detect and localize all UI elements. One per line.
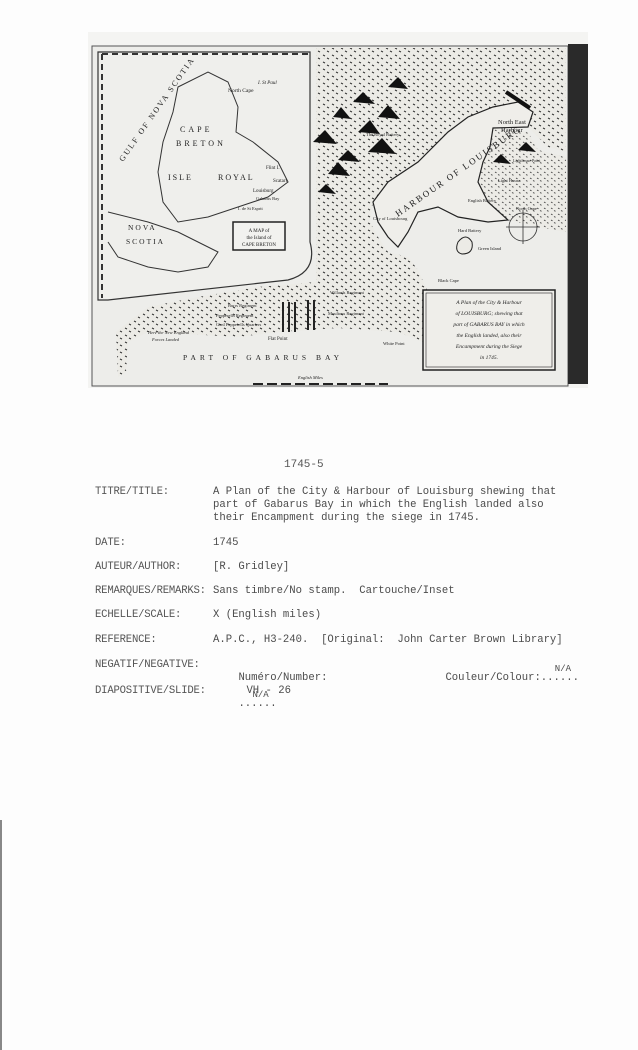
gabarus-bay-label: PART OF GABARUS BAY [183, 353, 343, 362]
burrs-regiment-label: Burrs Regiment [228, 303, 257, 308]
forces-landed-label: Forces Landed [151, 337, 180, 342]
white-point-label: White Point [383, 341, 405, 346]
north-cape-label: North Cape [516, 206, 537, 211]
field-label: REFERENCE: [95, 634, 157, 647]
moultons-regiment-label: Moultons Regiment [328, 311, 365, 316]
willards-regiment-label: Willards Regiment [330, 290, 365, 295]
black-cape-label: Black Cape [438, 278, 459, 283]
slide-value-field: N/A...... [213, 685, 277, 724]
lighthouse-point-label: Lighthouse Point [513, 158, 541, 163]
inset-louisburg-label: Louisburg [253, 189, 274, 194]
inset-cartouche-line-1: A MAP of [249, 229, 270, 234]
field-label: AUTEUR/AUTHOR: [95, 561, 181, 574]
royal-battery-label: The Royal Battery [366, 132, 400, 137]
field-value: X (English miles) [213, 609, 321, 622]
cartouche-line-1: A Plan of the City & Harbour [455, 299, 522, 306]
colour-value-field: N/A...... [541, 672, 579, 685]
map-illustration: GULF OF NOVA SCOTIA CAPE BRETON ISLE ROY… [88, 32, 588, 388]
slide-value-wrap: N/A...... [238, 698, 276, 711]
field-label: DIAPOSITIVE/SLIDE: [95, 685, 206, 698]
inset-flint-label: Flint I. [266, 166, 280, 171]
field-label: TITRE/TITLE: [95, 486, 169, 499]
inset-cartouche-line-3: CAPE BRETON [242, 243, 276, 248]
new-england-label: Here the New England [147, 330, 190, 335]
inset-north-cape-label: North Cape [228, 88, 254, 94]
negative-colour: Couleur/Colour:N/A...... [420, 659, 579, 698]
pepperells-quarters-label: Genl Pepperells Quarters [216, 322, 261, 327]
field-value: A.P.C., H3-240. [Original: John Carter B… [213, 634, 563, 647]
cartouche-line-4: the English landed, also their [457, 333, 523, 339]
scan-edge [0, 820, 2, 1050]
pepperells-regiment-label: Pepperells Regiment [216, 313, 254, 318]
inset-st-esprit-label: I. de St Esprit [238, 206, 263, 211]
inset-gabarus-label: Gabarus Bay [256, 196, 280, 201]
field-label: ECHELLE/SCALE: [95, 609, 181, 622]
cartouche-line-5: Encampment during the Siege [455, 344, 523, 350]
field-label: REMARQUES/REMARKS: [95, 585, 206, 598]
flat-point-label: Flat Point [268, 337, 288, 342]
hard-battery-label: Hard Battery [458, 228, 482, 233]
inset-scotia-label: SCOTIA [126, 237, 165, 246]
english-miles-label: English Miles [297, 375, 323, 380]
cartouche-line-3: part of GABARUS BAY in which [452, 321, 525, 328]
field-value: Sans timbre/No stamp. Cartouche/Inset [213, 585, 455, 598]
map-photograph: GULF OF NOVA SCOTIA CAPE BRETON ISLE ROY… [88, 32, 588, 388]
inset-cape-label: CAPE [180, 125, 212, 134]
field-value-line: part of Gabarus Bay in which the English… [213, 499, 544, 512]
cartouche-line-2: of LOUISBURG; shewing that [455, 310, 523, 317]
inset-breton-label: BRETON [176, 139, 226, 148]
colour-value: N/A [555, 663, 571, 676]
field-label: NEGATIF/NEGATIVE: [95, 659, 200, 672]
inset-royal-label: ROYAL [218, 173, 255, 182]
city-label: City of Louisbourg [373, 216, 408, 221]
photo-edge-shadow [568, 44, 588, 384]
ne-harbour-label-1: North East [498, 119, 526, 126]
field-value: [R. Gridley] [213, 561, 289, 574]
english-battery-label: English Battery [468, 198, 497, 203]
field-value-line: A Plan of the City & Harbour of Louisbur… [213, 486, 556, 499]
field-label: DATE: [95, 537, 126, 550]
inset-scatari-label: Scatari [273, 179, 287, 184]
light-house-label: Light House [498, 178, 520, 183]
slide-value: N/A [252, 689, 268, 702]
negative-number-label: Numéro/Number: [238, 672, 327, 684]
inset-nova-label: NOVA [128, 223, 157, 232]
field-value-line: their Encampment during the siege in 174… [213, 512, 480, 525]
green-island-label: Green Island [478, 246, 502, 251]
cartouche-line-6: in 1745. [480, 354, 498, 361]
inset-st-paul-label: I. St Paul [257, 81, 277, 86]
reference-number: 1745-5 [284, 459, 324, 471]
field-value: 1745 [213, 537, 238, 550]
inset-cartouche-line-2: the Island of [247, 236, 272, 241]
ne-harbour-label-2: Harbour [501, 127, 523, 134]
colour-label: Couleur/Colour: [445, 672, 540, 684]
inset-isle-label: ISLE [168, 173, 193, 182]
